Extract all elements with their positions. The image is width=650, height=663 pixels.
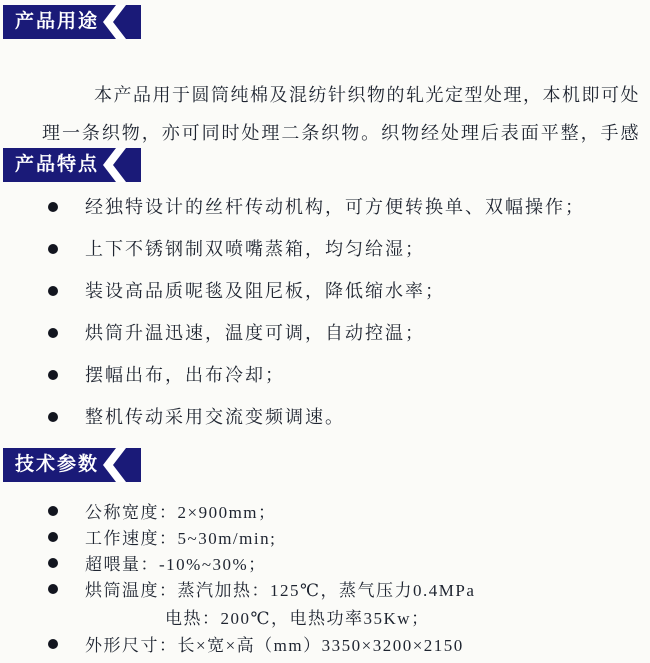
feature-item: 烘筒升温迅速，温度可调，自动控温；	[48, 323, 628, 343]
features-list: 经独特设计的丝杆传动机构，可方便转换单、双幅操作； 上下不锈钢制双喷嘴蒸箱，均匀…	[48, 197, 628, 449]
section-banner-features: 产品特点	[3, 148, 141, 182]
bullet-icon	[48, 202, 58, 212]
specs-list: 公称宽度：2×900mm； 工作速度：5~30m/min; 超喂量：-10%~3…	[48, 502, 628, 661]
feature-item-text: 烘筒升温迅速，温度可调，自动控温；	[85, 323, 425, 343]
bullet-icon	[48, 506, 58, 516]
feature-item-text: 摆幅出布，出布冷却；	[85, 365, 285, 385]
spec-item-text: 公称宽度：2×900mm；	[85, 502, 277, 523]
section-banner-usage: 产品用途	[3, 5, 141, 39]
spec-item: 超喂量：-10%~30%；	[48, 554, 628, 575]
section-title-usage: 产品用途	[15, 11, 99, 32]
bullet-icon	[48, 532, 58, 542]
feature-item-text: 整机传动采用交流变频调速。	[85, 407, 345, 427]
bullet-icon	[48, 412, 58, 422]
feature-item: 上下不锈钢制双喷嘴蒸箱，均匀给湿；	[48, 239, 628, 259]
bullet-icon	[48, 639, 58, 649]
feature-item-text: 经独特设计的丝杆传动机构，可方便转换单、双幅操作；	[85, 197, 585, 217]
bullet-icon	[48, 370, 58, 380]
section-title-specs: 技术参数	[15, 454, 99, 475]
section-title-features: 产品特点	[15, 154, 99, 175]
spec-temp-line2: 电热：200℃，电热功率35Kw；	[85, 608, 475, 629]
banner-chevron-icon	[101, 5, 141, 39]
feature-item: 整机传动采用交流变频调速。	[48, 407, 628, 427]
feature-item-text: 装设高品质呢毯及阻尼板，降低缩水率；	[85, 281, 445, 301]
spec-item-text: 工作速度：5~30m/min;	[85, 528, 276, 549]
spec-item-text: 烘筒温度：蒸汽加热：125℃，蒸气压力0.4MPa 电热：200℃，电热功率35…	[85, 580, 475, 629]
banner-chevron-icon	[101, 448, 141, 482]
feature-item-text: 上下不锈钢制双喷嘴蒸箱，均匀给湿；	[85, 239, 425, 259]
spec-temp-line1: 烘筒温度：蒸汽加热：125℃，蒸气压力0.4MPa	[85, 581, 475, 600]
feature-item: 装设高品质呢毯及阻尼板，降低缩水率；	[48, 281, 628, 301]
feature-item: 经独特设计的丝杆传动机构，可方便转换单、双幅操作；	[48, 197, 628, 217]
section-banner-specs: 技术参数	[3, 448, 141, 482]
spec-item: 外形尺寸：长×宽×高（mm）3350×3200×2150	[48, 635, 628, 656]
spec-item-text: 超喂量：-10%~30%；	[85, 554, 267, 575]
spec-item: 公称宽度：2×900mm；	[48, 502, 628, 523]
bullet-icon	[48, 286, 58, 296]
banner-chevron-icon	[101, 148, 141, 182]
spec-item-text: 外形尺寸：长×宽×高（mm）3350×3200×2150	[85, 635, 464, 656]
spec-item: 烘筒温度：蒸汽加热：125℃，蒸气压力0.4MPa 电热：200℃，电热功率35…	[48, 580, 628, 629]
feature-item: 摆幅出布，出布冷却；	[48, 365, 628, 385]
bullet-icon	[48, 328, 58, 338]
bullet-icon	[48, 584, 58, 594]
bullet-icon	[48, 244, 58, 254]
bullet-icon	[48, 558, 58, 568]
spec-item: 工作速度：5~30m/min;	[48, 528, 628, 549]
